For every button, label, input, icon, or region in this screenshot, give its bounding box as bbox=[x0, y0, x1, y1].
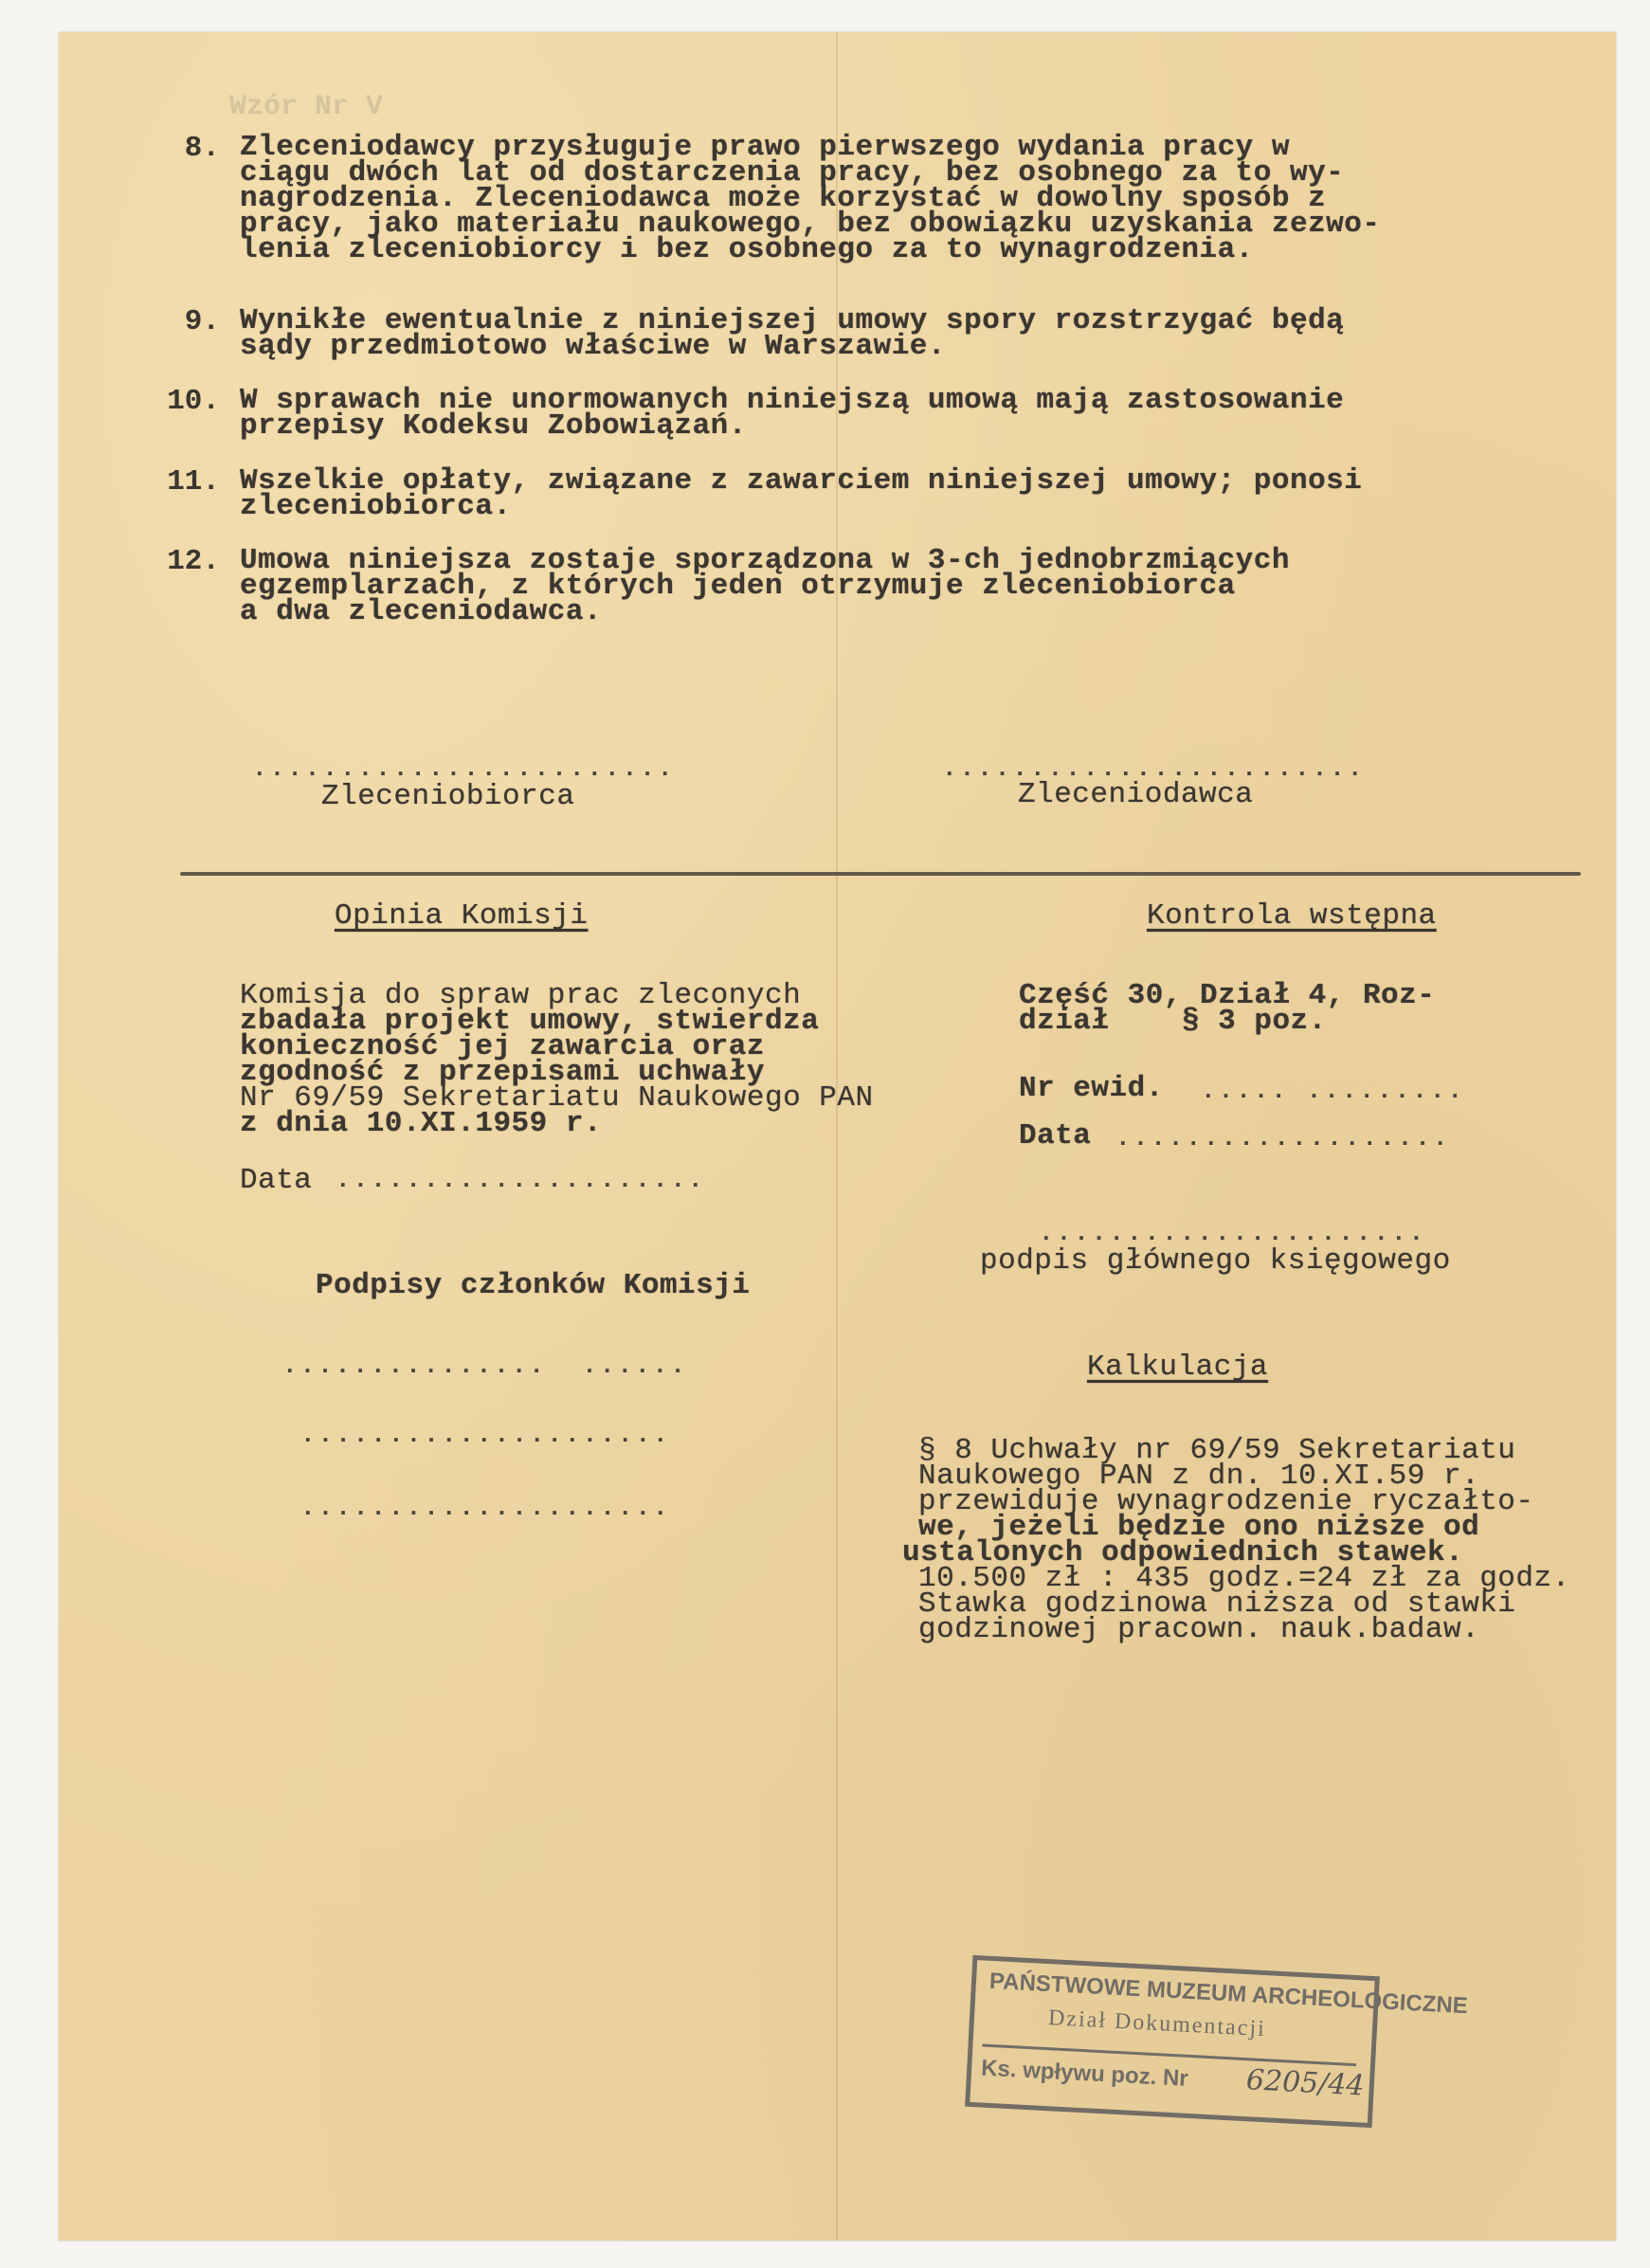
clause-number: 12. bbox=[154, 545, 220, 578]
control-nr-label: Nr ewid. bbox=[1019, 1073, 1164, 1105]
opinion-title: Opinia Komisji bbox=[335, 900, 588, 933]
clause-line: przepisy Kodeksu Zobowiązań. bbox=[240, 410, 747, 443]
stamp-entry-label: Ks. wpływu poz. Nr bbox=[981, 2055, 1189, 2092]
signature-line-contractor: ........................ bbox=[252, 754, 675, 783]
member-signature-line: ..................... bbox=[300, 1421, 671, 1449]
opinion-date-line: ..................... bbox=[335, 1166, 706, 1194]
clause-line: a dwa zleceniodawca. bbox=[240, 596, 602, 628]
member-signature-line: ..................... bbox=[300, 1494, 671, 1522]
members-title: Podpisy członków Komisji bbox=[316, 1270, 750, 1302]
archive-stamp: PAŃSTWOWE MUZEUM ARCHEOLOGICZNE Dział Do… bbox=[965, 1955, 1380, 2128]
control-nr-line: ..... ......... bbox=[1201, 1077, 1465, 1105]
paper-fold bbox=[836, 32, 838, 2241]
stamp-handwritten-number: 6205/44 bbox=[1245, 2063, 1365, 2102]
clause-number: 8. bbox=[154, 132, 220, 165]
calculation-title: Kalkulacja bbox=[1087, 1352, 1268, 1384]
opinion-date-label: Data bbox=[240, 1165, 312, 1197]
clause-line: sądy przedmiotowo właściwe w Warszawie. bbox=[240, 331, 946, 363]
accountant-signature-line: ...................... bbox=[1039, 1219, 1426, 1247]
clause-number: 11. bbox=[154, 465, 220, 499]
document-page: Wzór Nr V 8. Zleceniodawcy przysługuje p… bbox=[59, 32, 1616, 2241]
calculation-line: godzinowej pracown. nauk.badaw. bbox=[918, 1614, 1479, 1646]
control-title: Kontrola wstępna bbox=[1147, 900, 1437, 933]
clause-line: zleceniobiorca. bbox=[240, 491, 512, 523]
clause-line: lenia zleceniobiorcy i bez osobnego za t… bbox=[240, 234, 1254, 266]
member-signature-line: ............... ...... bbox=[282, 1352, 688, 1380]
faint-header-text: Wzór Nr V bbox=[229, 91, 383, 123]
control-date-label: Data bbox=[1019, 1120, 1091, 1152]
section-divider bbox=[180, 872, 1581, 876]
clause-number: 10. bbox=[154, 385, 220, 418]
control-line: dział § 3 poz. bbox=[1019, 1006, 1327, 1038]
signature-label-contractor: Zleceniobiorca bbox=[321, 781, 574, 813]
control-date-line: ................... bbox=[1115, 1124, 1450, 1152]
clause-number: 9. bbox=[154, 305, 220, 338]
signature-label-client: Zleceniodawca bbox=[1018, 779, 1253, 811]
stamp-department: Dział Dokumentacji bbox=[1047, 2005, 1266, 2042]
accountant-label: podpis głównego księgowego bbox=[980, 1245, 1451, 1278]
opinion-line: z dnia 10.XI.1959 r. bbox=[240, 1108, 602, 1140]
